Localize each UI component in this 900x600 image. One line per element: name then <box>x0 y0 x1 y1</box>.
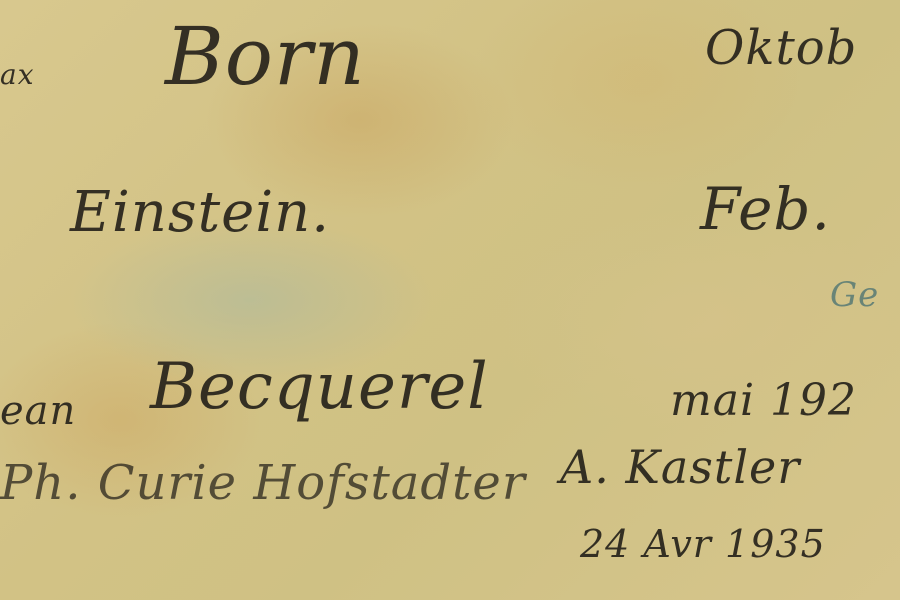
signature-born: Born <box>165 10 366 103</box>
signature-becquerel: Becquerel <box>150 350 489 424</box>
signature-jean: ean <box>0 388 76 434</box>
signature-kastler: A. Kastler <box>560 440 800 494</box>
signature-ph: Ph. Curie Hofstadter <box>0 455 526 511</box>
faint-signature: Ge <box>830 275 879 315</box>
signature-max: ax <box>0 58 34 91</box>
signature-einstein: Einstein. <box>70 180 330 245</box>
date-feb: Feb. <box>700 175 831 243</box>
date-mai: mai 192 <box>670 375 857 426</box>
date-1935: 24 Avr 1935 <box>580 522 826 566</box>
signature-wall-photo: ax Born Oktob Einstein. Feb. Ge ean Becq… <box>0 0 900 600</box>
date-oktober: Oktob <box>705 20 857 76</box>
